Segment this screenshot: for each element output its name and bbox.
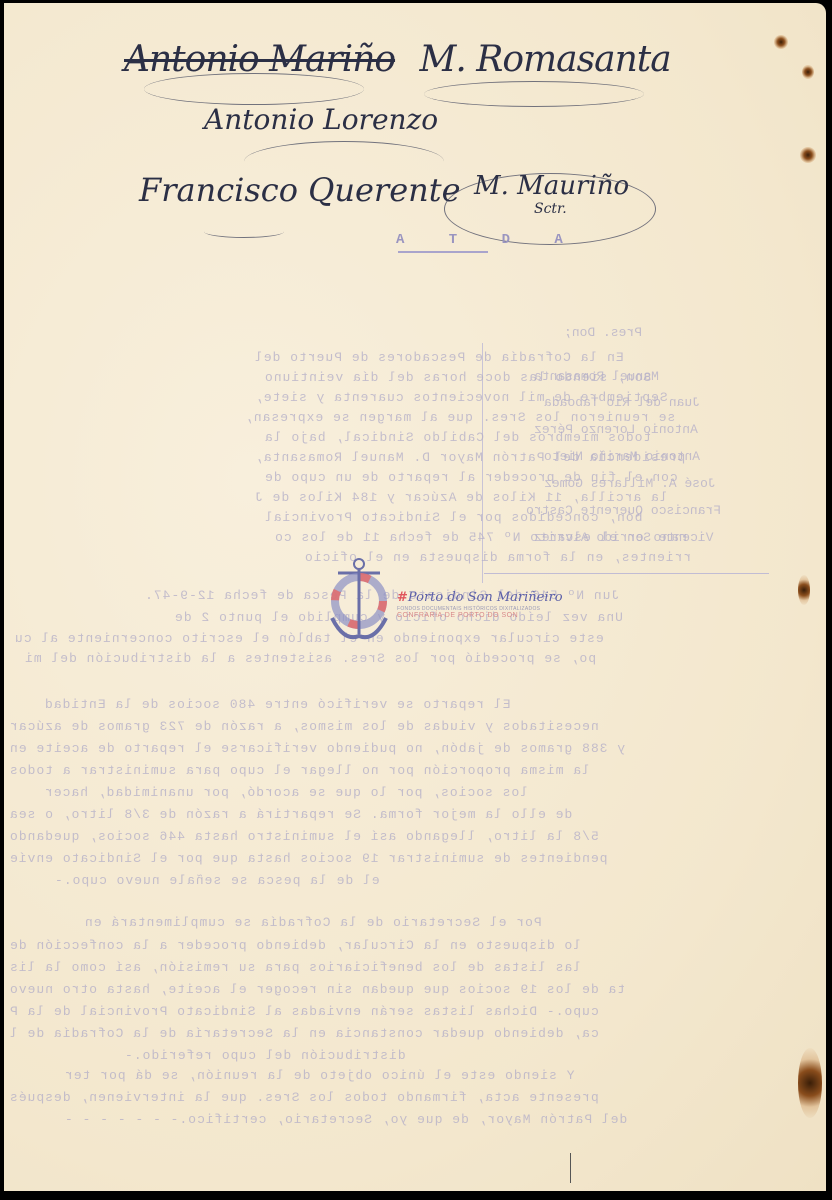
bleed-text: En la Cofradía de Pescadores de Puerto d… [254, 350, 624, 365]
bleed-text: Y siendo este el único objeto de la reun… [64, 1068, 574, 1083]
hash-icon: # [397, 590, 408, 605]
bleed-text: rano en el escrito Nº 745 de fecha 11 de… [274, 530, 688, 545]
bleed-text: presente acta, firmando todos los Sres. … [9, 1090, 599, 1105]
margin-rule [484, 573, 769, 574]
signature-flourish [204, 225, 284, 238]
bleed-text: el de la pesca se señale nuevo cupo.- [54, 873, 380, 888]
bleed-text: la arcilla, 11 Kilos de Azúcar y 184 Kil… [254, 490, 668, 505]
rust-stain [802, 65, 814, 79]
bleed-text: ta de los 19 socios que quedan sin recog… [9, 982, 625, 997]
bleed-text: presidencia del Patrón Mayor D. Manuel R… [254, 450, 685, 465]
bleed-text: 5/8 la litro, llegando así el suministro… [9, 829, 599, 844]
bleed-text: necesitados y viudas de los mismos, a ra… [9, 719, 599, 734]
bleed-text: las listas de los beneficiarios para su … [9, 960, 581, 975]
bleed-text: de ello la mejor forma. Se repartirá a r… [9, 807, 572, 822]
bleed-text: ca, debiendo quedar constancia en la Sec… [9, 1026, 599, 1041]
bleed-text: la misma proporción por no llegar el cup… [9, 763, 590, 778]
watermark-title: #Porto do Son Mariñeiro [397, 590, 563, 605]
signature-text: M. Romasanta [420, 39, 671, 80]
bleed-text: Septiembre de mil novecientos cuarenta y… [254, 390, 668, 405]
signature-flourish [144, 73, 364, 105]
bleed-text: cupo.- Dichas listas serán enviadas al S… [9, 1004, 599, 1019]
rust-stain [798, 1048, 822, 1118]
bleed-text: pendientes de suministrar 19 socios hast… [9, 851, 608, 866]
bleed-text: con el fin de proceder al reparto de un … [264, 470, 678, 485]
bleed-text: Por el Secretario de la Cofradía se cump… [84, 915, 542, 930]
bleed-text: los socios, por lo que se acordó, por un… [44, 785, 528, 800]
signature-lorenzo: Antonio Lorenzo [204, 103, 438, 136]
heading-underline [398, 251, 488, 253]
bleed-text: Son, siendo las doce horas del día veint… [264, 370, 651, 385]
bleed-text: bón, concedidos por el Sindicato Provinc… [264, 510, 642, 525]
rust-stain [800, 147, 816, 163]
bleed-text: lo dispuesto en la Circular, debiendo pr… [9, 938, 581, 953]
watermark-organization: CONFRARÍA DE PORTO DO SON [397, 612, 563, 619]
watermark-title-text: Porto do Son Mariñeiro [408, 590, 563, 605]
bleed-text: Pres. Don; [564, 325, 642, 340]
rust-stain [774, 35, 788, 49]
watermark: #Porto do Son Mariñeiro FONDOS DOCUMENTA… [397, 590, 563, 619]
fold-mark [570, 1153, 571, 1183]
bleed-text: todos miembros del Cabildo Sindical, baj… [264, 430, 651, 445]
bleed-text: y 388 gramos de jabón, no pudiendo verif… [9, 741, 625, 756]
signature-querente: Francisco Querente [139, 171, 461, 209]
anchor-lifebuoy-logo-icon [324, 556, 394, 646]
document-heading: A T D A [396, 232, 581, 248]
bleed-text: del Patrón Mayor, de que yo, Secretario,… [64, 1112, 627, 1127]
bleed-text: El reparto se verificó entre 480 socios … [44, 697, 510, 712]
bleed-text: se reunieron los Sres. que al margen se … [244, 410, 675, 425]
bleed-text: este circular exponiendo en el tablón el… [14, 631, 604, 646]
bleed-text: distribución del cupo referido.- [124, 1048, 406, 1063]
signature-flourish [424, 81, 644, 107]
rust-stain [798, 575, 810, 605]
bleed-text: po, se procedió por los Sres. asistentes… [24, 651, 596, 666]
document-page: Antonio Mariño M. Romasanta Antonio Lore… [4, 3, 826, 1191]
